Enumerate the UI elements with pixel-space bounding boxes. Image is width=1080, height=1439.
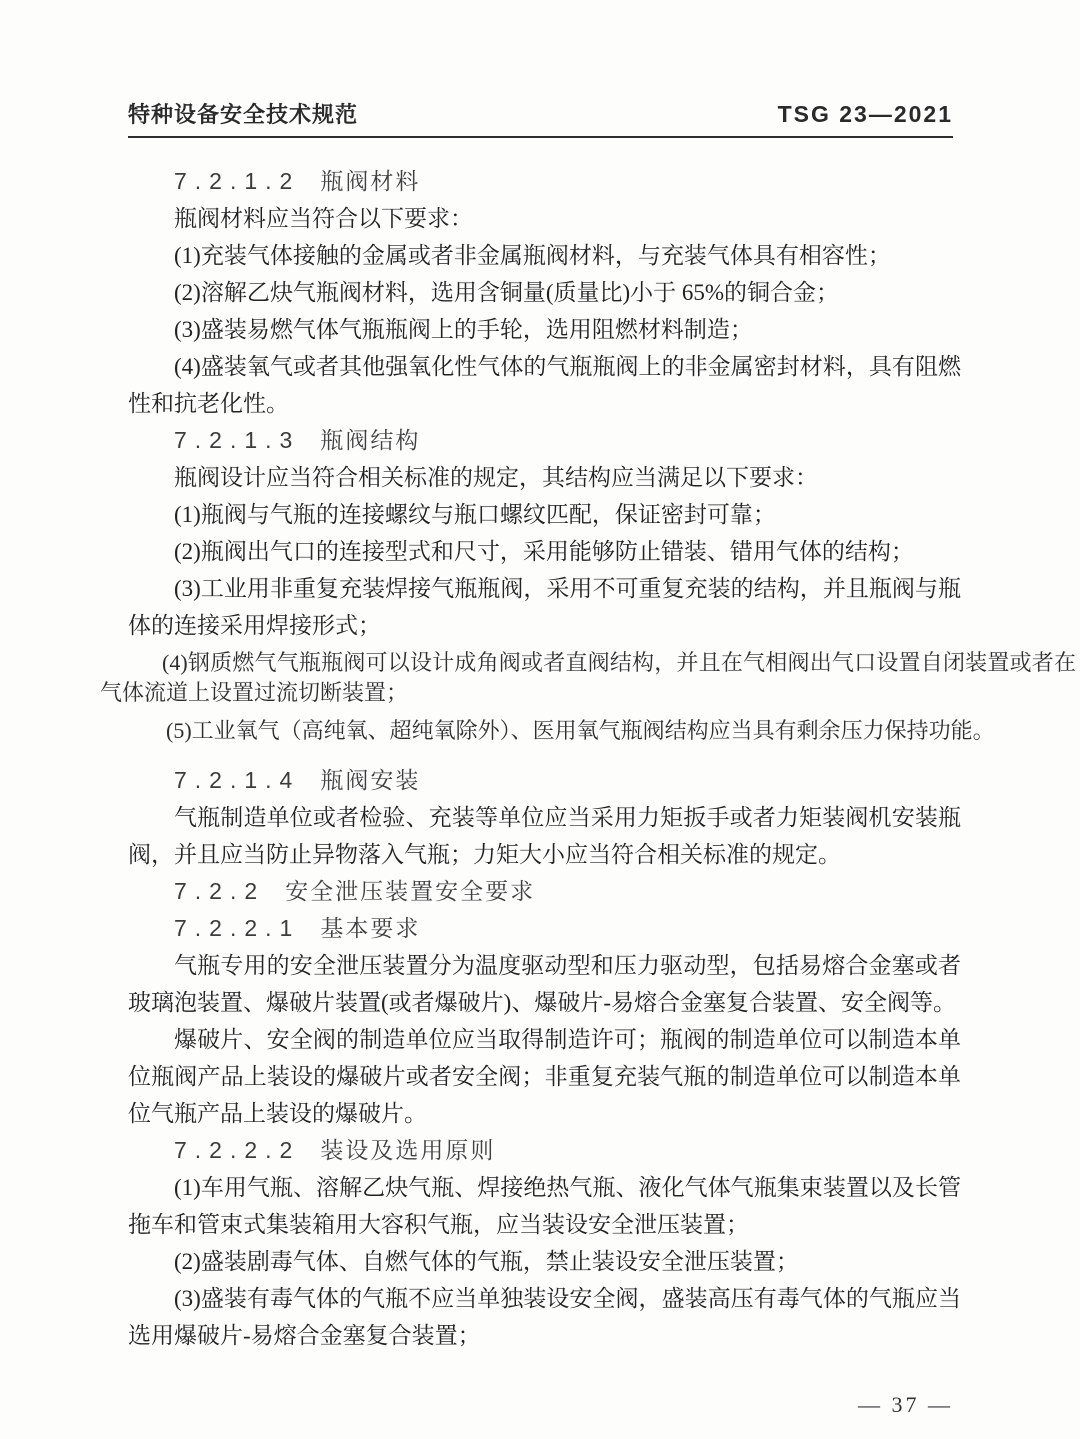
list-item-5-structure: (5)工业氧气（高纯氧、超纯氧除外）、医用氧气瓶阀结构应当具有剩余压力保持功能。 [128, 716, 1061, 746]
section-title: 瓶阀结构 [320, 428, 420, 453]
list-item-2-material: (2)溶解乙炔气瓶阀材料，选用含铜量(质量比)小于 65%的铜合金； [128, 274, 961, 311]
section-number: 7.2.2.1 [174, 915, 300, 941]
section-heading-7221: 7.2.2.1基本要求 [128, 910, 961, 947]
list-item-4-material: (4)盛装氧气或者其他强氧化性气体的气瓶瓶阀上的非金属密封材料，具有阻燃性和抗老… [128, 348, 961, 422]
page-footer: — 37 — [858, 1392, 953, 1418]
list-item-1-material: (1)充装气体接触的金属或者非金属瓶阀材料，与充装气体具有相容性； [128, 237, 961, 274]
section-number: 7.2.1.3 [174, 427, 300, 453]
section-heading-7214: 7.2.1.4瓶阀安装 [128, 762, 961, 799]
section-title: 安全泄压装置安全要求 [285, 879, 535, 904]
header-doc-title: 特种设备安全技术规范 [128, 98, 358, 129]
page-number: — 37 — [858, 1392, 953, 1417]
document-content: 7.2.1.2瓶阀材料 瓶阀材料应当符合以下要求： (1)充装气体接触的金属或者… [128, 163, 961, 1354]
paragraph-valve-installation: 气瓶制造单位或者检验、充装等单位应当采用力矩扳手或者力矩装阀机安装瓶阀，并且应当… [128, 799, 961, 873]
section-number: 7.2.1.4 [174, 767, 300, 793]
list-item-1-structure: (1)瓶阀与气瓶的连接螺纹与瓶口螺纹匹配，保证密封可靠； [128, 496, 961, 533]
section-title: 瓶阀安装 [320, 768, 420, 793]
paragraph-relief-device-manufacturers: 爆破片、安全阀的制造单位应当取得制造许可；瓶阀的制造单位可以制造本单位瓶阀产品上… [128, 1021, 961, 1132]
header-doc-code: TSG 23—2021 [778, 101, 953, 128]
section-heading-722: 7.2.2安全泄压装置安全要求 [128, 873, 961, 910]
page-header: 特种设备安全技术规范 TSG 23—2021 [128, 98, 953, 138]
paragraph-intro-valve-material: 瓶阀材料应当符合以下要求： [128, 200, 961, 237]
section-number: 7.2.1.2 [174, 168, 300, 194]
section-title: 基本要求 [320, 916, 420, 941]
section-title: 装设及选用原则 [320, 1138, 495, 1163]
list-item-3-structure: (3)工业用非重复充装焊接气瓶瓶阀，采用不可重复充装的结构，并且瓶阀与瓶体的连接… [128, 570, 961, 644]
list-item-4-structure: (4)钢质燃气气瓶瓶阀可以设计成角阀或者直阀结构，并且在气相阀出气口设置自闭装置… [100, 648, 1076, 708]
section-heading-7212: 7.2.1.2瓶阀材料 [128, 163, 961, 200]
list-item-3-selection: (3)盛装有毒气体的气瓶不应当单独装设安全阀，盛装高压有毒气体的气瓶应当选用爆破… [128, 1280, 961, 1354]
list-item-3-material: (3)盛装易燃气体气瓶瓶阀上的手轮，选用阻燃材料制造； [128, 311, 961, 348]
document-page: 特种设备安全技术规范 TSG 23—2021 7.2.1.2瓶阀材料 瓶阀材料应… [0, 0, 1080, 1439]
section-title: 瓶阀材料 [320, 169, 420, 194]
paragraph-intro-valve-structure: 瓶阀设计应当符合相关标准的规定，其结构应当满足以下要求： [128, 459, 961, 496]
list-item-2-selection: (2)盛装剧毒气体、自燃气体的气瓶，禁止装设安全泄压装置； [128, 1243, 961, 1280]
section-number: 7.2.2.2 [174, 1137, 300, 1163]
list-item-2-structure: (2)瓶阀出气口的连接型式和尺寸，采用能够防止错装、错用气体的结构； [128, 533, 961, 570]
list-item-1-selection: (1)车用气瓶、溶解乙炔气瓶、焊接绝热气瓶、液化气体气瓶集束装置以及长管拖车和管… [128, 1169, 961, 1243]
section-number: 7.2.2 [174, 878, 265, 904]
paragraph-relief-device-types: 气瓶专用的安全泄压装置分为温度驱动型和压力驱动型，包括易熔合金塞或者玻璃泡装置、… [128, 947, 961, 1021]
section-heading-7222: 7.2.2.2装设及选用原则 [128, 1132, 961, 1169]
section-heading-7213: 7.2.1.3瓶阀结构 [128, 422, 961, 459]
